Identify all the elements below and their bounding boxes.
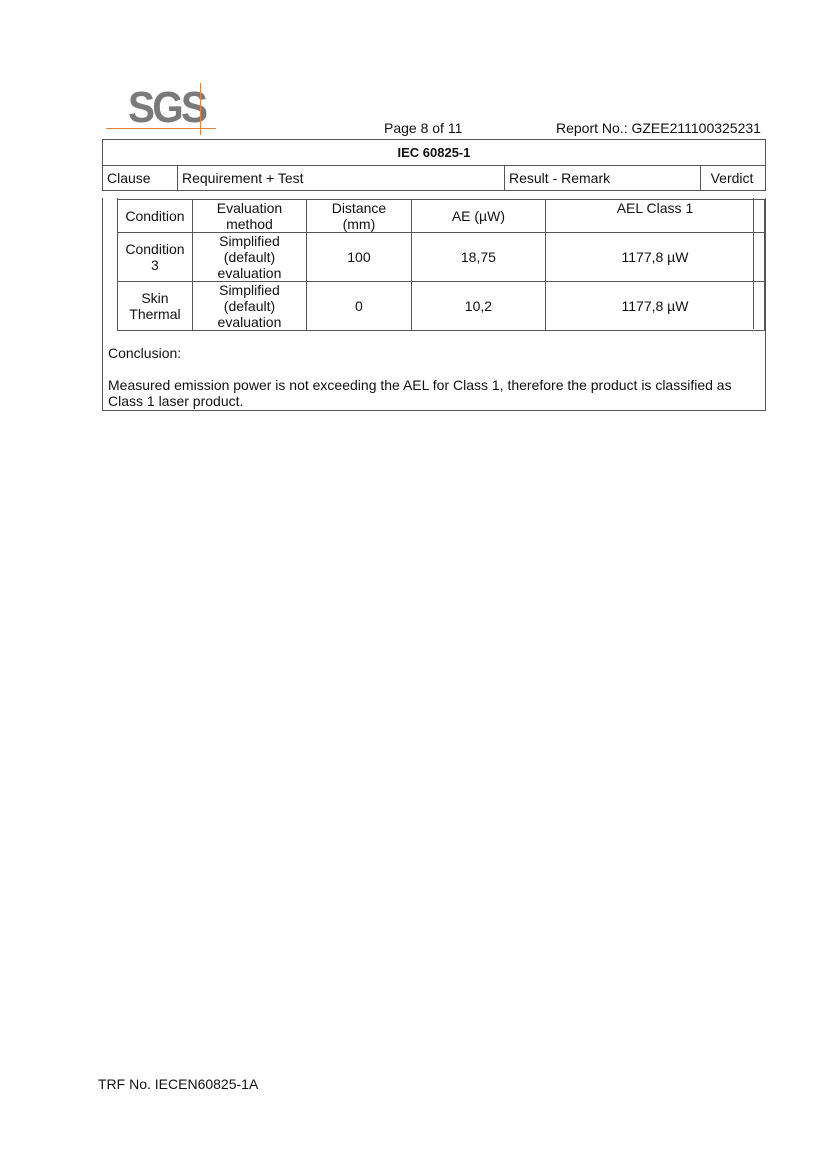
header-distance: Distance (mm) [307,200,412,233]
cell-method: Simplified (default) evaluation [192,282,306,331]
table-row: Skin Thermal Simplified (default) evalua… [118,282,765,331]
header-condition: Condition [118,200,193,233]
logo-text: SGS [128,85,205,131]
cell-condition: Skin Thermal [118,282,193,331]
cell-distance: 100 [307,233,412,282]
cell-distance: 0 [307,282,412,331]
column-requirement: Requirement + Test [178,166,505,190]
table-row: Condition 3 Simplified (default) evaluat… [118,233,765,282]
column-clause: Clause [103,166,178,190]
results-table: Condition Evaluation method Distance (mm… [117,199,765,331]
cell-ae: 18,75 [411,233,545,282]
column-result: Result - Remark [505,166,701,190]
logo-vertical-rule [200,83,201,135]
standard-title: IEC 60825-1 [103,140,765,166]
header-ael: AEL Class 1 [545,200,764,233]
header-method: Evaluation method [192,200,306,233]
report-number: Report No.: GZEE211100325231 [556,120,761,136]
conclusion-text: Measured emission power is not exceeding… [108,377,763,409]
trf-number: TRF No. IECEN60825-1A [98,1076,258,1092]
conclusion-label: Conclusion: [108,345,181,361]
content-section: Condition Evaluation method Distance (mm… [102,198,766,411]
results-header-row: Condition Evaluation method Distance (mm… [118,200,765,233]
sgs-logo: SGS [104,83,219,135]
cell-method: Simplified (default) evaluation [192,233,306,282]
page-number: Page 8 of 11 [384,120,462,136]
cell-ael: 1177,8 µW [545,282,764,331]
standard-header-table: IEC 60825-1 Clause Requirement + Test Re… [102,139,766,191]
column-verdict: Verdict [701,166,763,190]
cell-ae: 10,2 [411,282,545,331]
cell-ael: 1177,8 µW [545,233,764,282]
header-ae: AE (µW) [411,200,545,233]
cell-condition: Condition 3 [118,233,193,282]
